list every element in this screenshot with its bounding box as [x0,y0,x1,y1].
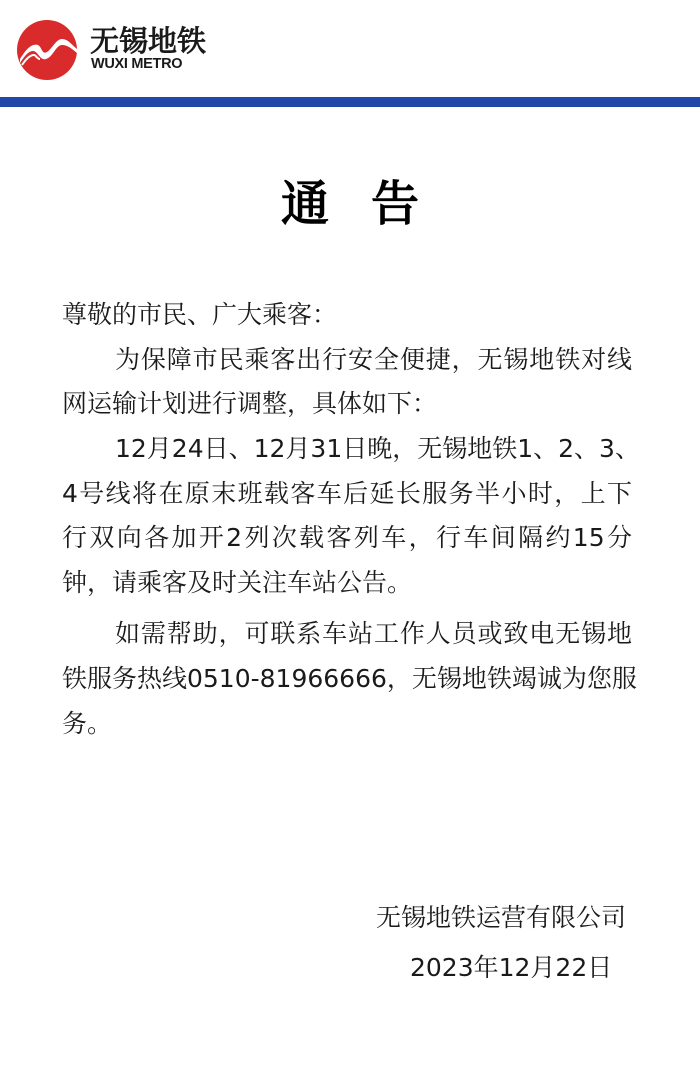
header: 无锡地铁 WUXI METRO [0,0,700,110]
notice-title: 通告 [0,174,700,234]
paragraph-1-line-2: 网运输计划进行调整，具体如下： [62,388,632,420]
paragraph-3-line-3: 务。 [62,708,632,740]
header-divider-bar [0,97,700,107]
logo-text-cn: 无锡地铁 [90,24,206,58]
paragraph-2-line-4: 钟，请乘客及时关注车站公告。 [62,567,632,599]
logo-text-en: WUXI METRO [91,55,182,73]
paragraph-3-line-1: 如需帮助，可联系车站工作人员或致电无锡地 [115,618,632,650]
signature-company: 无锡地铁运营有限公司 [376,902,626,934]
salutation: 尊敬的市民、广大乘客： [62,299,632,331]
paragraph-1-line-1: 为保障市民乘客出行安全便捷，无锡地铁对线 [115,344,632,376]
paragraph-2-line-3: 行双向各加开2列次载客列车，行车间隔约15分 [62,522,632,554]
paragraph-2-line-1: 12月24日、12月31日晚，无锡地铁1、2、3、 [115,433,632,465]
paragraph-3-line-2: 铁服务热线0510-81966666，无锡地铁竭诚为您服 [62,663,632,695]
signature-date: 2023年12月22日 [410,952,612,984]
wuxi-metro-logo-icon [16,19,78,81]
paragraph-2-line-2: 4号线将在原末班载客车后延长服务半小时，上下 [62,478,632,510]
